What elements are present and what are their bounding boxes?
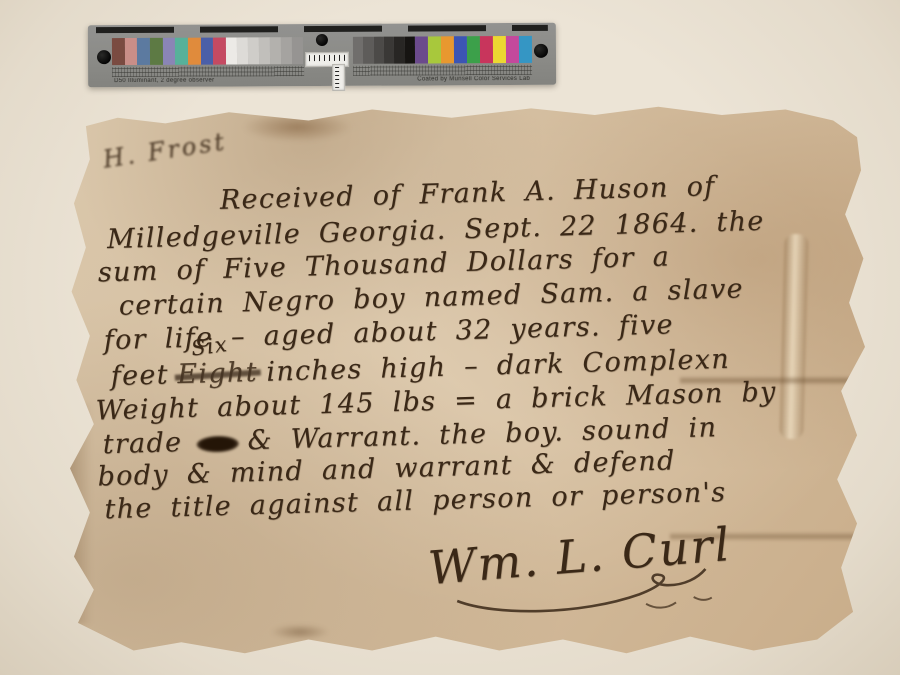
color-patch: [259, 37, 270, 64]
ink-blot: [197, 435, 239, 452]
handwriting-block: H. Frost Received of Frank A. Huson of M…: [67, 83, 877, 657]
color-patch: [150, 38, 163, 65]
scribbled-notation: H. Frost: [101, 127, 229, 173]
color-patch: [441, 36, 454, 63]
calibration-notch-strip: [96, 25, 548, 33]
color-patch: [175, 38, 188, 65]
signature: Wm. L. Curl: [426, 517, 733, 595]
color-patch: [405, 37, 415, 64]
color-patch: [237, 37, 248, 64]
color-calibration-bar: D50 Illuminant, 2 degree observer Coated…: [88, 23, 556, 87]
micro-density-values-left: [112, 66, 304, 77]
color-patch: [163, 38, 176, 65]
dark-ramp-patches: [353, 37, 415, 64]
line-6-pre: feet: [110, 359, 169, 392]
color-patch: [480, 36, 493, 63]
color-patch: [137, 38, 150, 65]
resolution-target: [305, 50, 347, 90]
color-patch: [213, 38, 226, 65]
color-patch: [519, 36, 532, 63]
resolution-target-vertical: [332, 64, 345, 91]
color-patch: [467, 36, 480, 63]
color-patch: [363, 37, 373, 64]
color-patch: [493, 36, 506, 63]
color-patch: [281, 37, 292, 64]
mounting-hole-left-icon: [97, 50, 111, 64]
color-patch: [506, 36, 519, 63]
photograph-backdrop: D50 Illuminant, 2 degree observer Coated…: [0, 0, 900, 675]
center-registration-dot-icon: [316, 34, 328, 46]
line-8-pre: trade: [102, 427, 182, 460]
correction-group: EightSix: [177, 357, 258, 390]
color-patch: [394, 37, 404, 64]
color-patch: [188, 38, 201, 65]
color-patch: [201, 38, 214, 65]
gray-ramp-patches: [226, 37, 303, 64]
color-patch: [428, 36, 441, 63]
color-patch: [384, 37, 394, 64]
color-patch: [374, 37, 384, 64]
color-patch: [353, 37, 363, 64]
calibration-caption-left: D50 Illuminant, 2 degree observer: [114, 78, 214, 85]
color-patch: [454, 36, 467, 63]
inserted-word: Six: [189, 332, 229, 361]
color-patch: [125, 38, 138, 65]
mounting-hole-right-icon: [534, 44, 548, 58]
color-patch: [270, 37, 281, 64]
color-patch: [415, 36, 428, 63]
color-patch: [112, 38, 125, 65]
color-patch: [292, 37, 303, 64]
color-patch: [226, 37, 237, 64]
color-patch-row-left: [112, 38, 226, 66]
color-patch-row-right: [415, 36, 532, 64]
struck-word: Eight: [177, 357, 258, 390]
handwritten-receipt-document: H. Frost Received of Frank A. Huson of M…: [70, 104, 865, 656]
color-patch: [248, 37, 259, 64]
calibration-caption-right: Coated by Munsell Color Services Lab: [417, 76, 530, 83]
micro-density-values-right: [353, 65, 532, 76]
